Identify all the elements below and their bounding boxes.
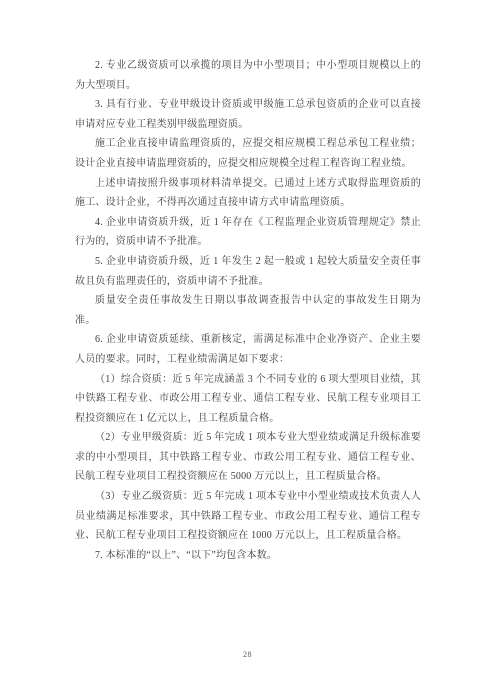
paragraph-subitem-1: （1）综合资质：近 5 年完成涵盖 3 个不同专业的 6 项大型项目业绩，其中铁… (75, 370, 421, 429)
paragraph-accident-date-note: 质量安全责任事故发生日期以事故调查报告中认定的事故发生日期为准。 (75, 291, 421, 330)
document-page: 2. 专业乙级资质可以承揽的项目为中小型项目；中小型项目规模以上的为大型项目。 … (0, 0, 495, 700)
paragraph-item-5: 5. 企业申请资质升级，近 1 年发生 2 起一般或 1 起较大质量安全责任事故… (75, 252, 421, 291)
paragraph-item-4: 4. 企业申请资质升级，近 1 年存在《工程监理企业资质管理规定》禁止行为的，资… (75, 213, 421, 252)
paragraph-item-3: 3. 具有行业、专业甲级设计资质或甲级施工总承包资质的企业可以直接申请对应专业工… (75, 95, 421, 134)
paragraph-subitem-2: （2）专业甲级资质：近 5 年完成 1 项本专业大型业绩或满足升级标准要求的中小… (75, 428, 421, 487)
paragraph-construction-note: 施工企业直接申请监理资质的，应提交相应规模工程总承包工程业绩；设计企业直接申请监… (75, 134, 421, 173)
paragraph-subitem-3: （3）专业乙级资质：近 5 年完成 1 项本专业中小型业绩或技术负责人人员业绩满… (75, 487, 421, 546)
paragraph-item-7: 7. 本标准的“以上”、“以下”均包含本数。 (75, 546, 421, 566)
document-body: 2. 专业乙级资质可以承揽的项目为中小型项目；中小型项目规模以上的为大型项目。 … (75, 56, 421, 565)
paragraph-item-6: 6. 企业申请资质延续、重新核定，需满足标准中企业净资产、企业主要人员的要求。同… (75, 330, 421, 369)
page-number: 28 (243, 650, 252, 659)
paragraph-item-2: 2. 专业乙级资质可以承揽的项目为中小型项目；中小型项目规模以上的为大型项目。 (75, 56, 421, 95)
page-footer: 28 (0, 644, 495, 662)
paragraph-application-note: 上述申请按照升级事项材料清单提交。已通过上述方式取得监理资质的施工、设计企业，不… (75, 174, 421, 213)
